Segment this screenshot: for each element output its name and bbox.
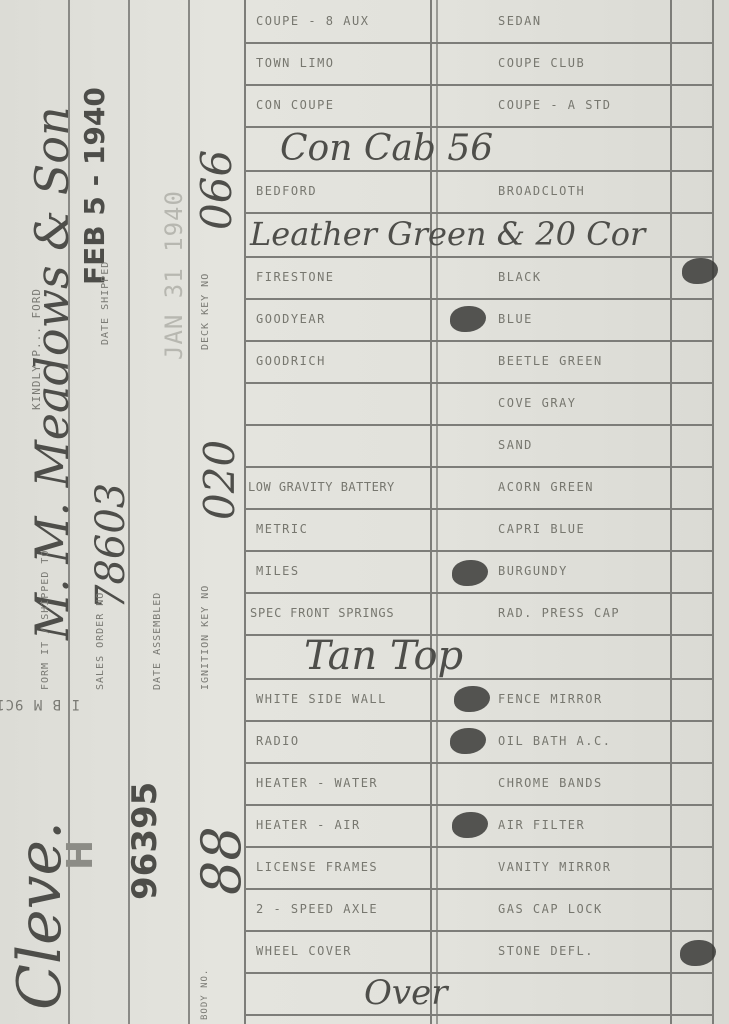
option-left: HEATER - WATER: [256, 776, 378, 790]
option-right: ACORN GREEN: [498, 480, 594, 494]
handwritten-note: Leather Green & 20 Cor: [250, 215, 645, 253]
handwritten-row: Con Cab 56: [244, 126, 714, 172]
sales-order-label: SALES ORDER NO: [95, 592, 106, 690]
dealer-signature: Cleve.: [5, 821, 75, 1010]
option-row: FIRESTONEBLACK: [244, 256, 714, 300]
option-row: METRICCAPRI BLUE: [244, 508, 714, 552]
option-right: COUPE - A STD: [498, 98, 611, 112]
shipped-to-value: M. M. Meadows & Son: [25, 106, 79, 640]
date-shipped-label: DATE SHIPPED: [100, 261, 111, 345]
option-row: LICENSE FRAMESVANITY MIRROR: [244, 846, 714, 890]
option-right: GAS CAP LOCK: [498, 902, 603, 916]
option-right: CHROME BANDS: [498, 776, 603, 790]
handwritten-note: Over: [364, 973, 447, 1013]
handwritten-note: Con Cab 56: [280, 128, 493, 169]
option-right: BURGUNDY: [498, 564, 568, 578]
option-row: CON COUPECOUPE - A STD: [244, 84, 714, 128]
option-left: 2 - SPEED AXLE: [256, 902, 378, 916]
date-assembled-label: DATE ASSEMBLED: [152, 592, 163, 690]
option-right: BEETLE GREEN: [498, 354, 603, 368]
deck-key-label: DECK KEY NO: [200, 273, 211, 350]
option-row: BEDFORDBROADCLOTH: [244, 170, 714, 214]
option-left: WHEEL COVER: [256, 944, 352, 958]
option-right: RAD. PRESS CAP: [498, 606, 620, 620]
option-right: COVE GRAY: [498, 396, 577, 410]
option-row: WHEEL COVERSTONE DEFL.: [244, 930, 714, 974]
option-right: OIL BATH A.C.: [498, 734, 611, 748]
option-row: 2 - SPEED AXLEGAS CAP LOCK: [244, 888, 714, 932]
option-left: METRIC: [256, 522, 308, 536]
option-right: COUPE CLUB: [498, 56, 585, 70]
option-left: FIRESTONE: [256, 270, 335, 284]
option-left: RADIO: [256, 734, 300, 748]
option-left: TOWN LIMO: [256, 56, 335, 70]
option-right: CAPRI BLUE: [498, 522, 585, 536]
option-left: LICENSE FRAMES: [256, 860, 378, 874]
option-right: VANITY MIRROR: [498, 860, 611, 874]
option-left: GOODYEAR: [256, 312, 326, 326]
shipped-to-label: FORM IT / SHIPPED TO: [40, 550, 51, 690]
option-row: COVE GRAY: [244, 382, 714, 426]
handwritten-note: Tan Top: [304, 633, 463, 679]
option-left: LOW GRAVITY BATTERY: [248, 480, 395, 494]
handwritten-row: Tan Top: [244, 634, 714, 680]
option-right: BLACK: [498, 270, 542, 284]
option-row: SAND: [244, 424, 714, 468]
option-right: SEDAN: [498, 14, 542, 28]
ibm-number: I B M 9C18 / 46: [0, 696, 80, 712]
option-right: SAND: [498, 438, 533, 452]
option-right: FENCE MIRROR: [498, 692, 603, 706]
date-assembled-value: JAN 31 1940: [160, 190, 188, 360]
option-row: SPEC FRONT SPRINGSRAD. PRESS CAP: [244, 592, 714, 636]
option-right: STONE DEFL.: [498, 944, 594, 958]
body-no-label: BODY NO.: [200, 969, 210, 1020]
option-left: BEDFORD: [256, 184, 317, 198]
ignition-key-label: IGNITION KEY NO: [200, 585, 211, 690]
option-row: LOW GRAVITY BATTERYACORN GREEN: [244, 466, 714, 510]
date-shipped-value: FEB 5 - 1940: [78, 87, 111, 285]
deck-key-value: 066: [192, 150, 241, 230]
option-left: COUPE - 8 AUX: [256, 14, 369, 28]
option-right: AIR FILTER: [498, 818, 585, 832]
invoice-card: KINDLY P... FORD M. M. Meadows & Son FOR…: [0, 0, 729, 1024]
ignition-key-value: 020: [195, 440, 244, 520]
option-row: COUPE - 8 AUXSEDAN: [244, 0, 714, 44]
option-left: SPEC FRONT SPRINGS: [250, 606, 394, 620]
option-left: MILES: [256, 564, 300, 578]
handwritten-row: Over: [244, 972, 714, 1016]
option-right: BLUE: [498, 312, 533, 326]
handwritten-row: Leather Green & 20 Cor: [244, 212, 714, 258]
option-left: WHITE SIDE WALL: [256, 692, 387, 706]
option-right: BROADCLOTH: [498, 184, 585, 198]
option-row: HEATER - WATERCHROME BANDS: [244, 762, 714, 806]
option-row: GOODRICHBEETLE GREEN: [244, 340, 714, 384]
serial-number: 96395: [125, 782, 165, 900]
options-grid: COUPE - 8 AUXSEDAN TOWN LIMOCOUPE CLUB C…: [244, 0, 714, 1024]
option-left: CON COUPE: [256, 98, 335, 112]
option-row: TOWN LIMOCOUPE CLUB: [244, 42, 714, 86]
option-left: GOODRICH: [256, 354, 326, 368]
option-left: HEATER - AIR: [256, 818, 361, 832]
